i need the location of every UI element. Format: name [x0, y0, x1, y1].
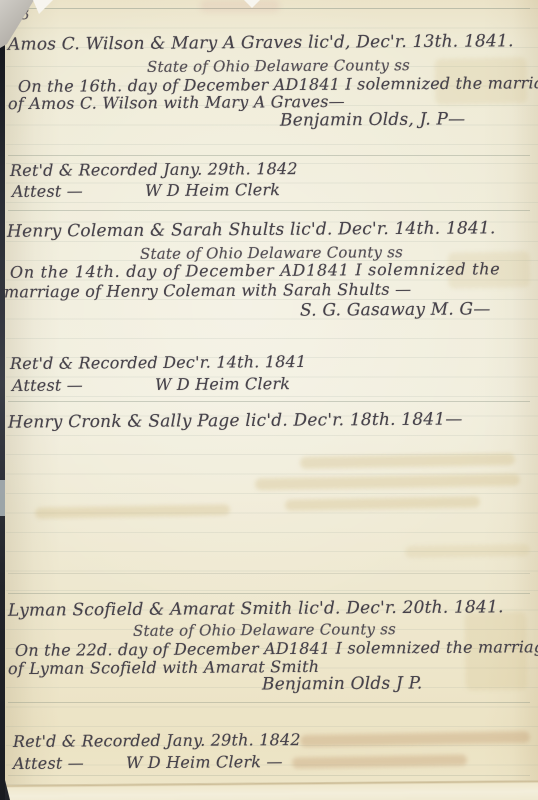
certificate-line: marriage of Henry Coleman with Sarah Shu…: [4, 280, 411, 302]
certificate-line: On the 14th. day of December AD1841 I so…: [10, 259, 501, 281]
bleed-through-mark: [292, 754, 467, 768]
clerk-signature: W D Heim Clerk: [155, 374, 290, 394]
bleed-through-mark: [300, 731, 530, 747]
recorded-line: Ret'd & Recorded Dec'r. 14th. 1841: [10, 352, 306, 373]
clerk-signature: W D Heim Clerk —: [126, 752, 283, 772]
ruled-line: [8, 702, 530, 703]
officiant-signature: Benjamin Olds, J. P—: [280, 109, 465, 130]
clerk-signature: W D Heim Clerk: [145, 180, 280, 200]
license-line: Lyman Scofield & Amarat Smith lic'd. Dec…: [8, 597, 504, 620]
recorded-line: Ret'd & Recorded Jany. 29th. 1842: [13, 730, 301, 751]
bleed-through-mark: [285, 496, 480, 510]
attest-line: Attest —W D Heim Clerk: [12, 180, 280, 201]
license-line: Henry Cronk & Sally Page lic'd. Dec'r. 1…: [8, 409, 463, 432]
bleed-through-mark: [300, 453, 515, 469]
ruled-line: [8, 155, 530, 156]
jurisdiction-line: State of Ohio Delaware County ss: [147, 56, 410, 76]
ruled-line: [8, 210, 530, 211]
paper-stain: [200, 0, 280, 12]
attest-line: Attest —W D Heim Clerk: [12, 374, 290, 395]
binding-edge: [0, 0, 5, 800]
bleed-through-mark: [35, 504, 230, 518]
ruled-line: [8, 593, 530, 594]
attest-label: Attest —: [12, 181, 83, 200]
license-line: Henry Coleman & Sarah Shults lic'd. Dec'…: [7, 218, 496, 241]
ruled-line: [8, 573, 530, 574]
jurisdiction-line: State of Ohio Delaware County ss: [133, 620, 396, 640]
attest-label: Attest —: [13, 753, 84, 772]
bleed-through-mark: [255, 474, 520, 491]
ruled-line: [8, 401, 530, 402]
attest-label: Attest —: [12, 375, 83, 394]
paper-bottom-edge: [0, 780, 538, 800]
bleed-through-mark: [405, 544, 530, 558]
binding-edge-highlight: [0, 480, 5, 516]
ruled-line: [8, 775, 530, 776]
officiant-signature: Benjamin Olds J P.: [262, 673, 423, 694]
recorded-line: Ret'd & Recorded Jany. 29th. 1842: [10, 159, 298, 180]
license-line: Amos C. Wilson & Mary A Graves lic'd, De…: [8, 31, 514, 55]
attest-line: Attest —W D Heim Clerk —: [13, 752, 283, 773]
ledger-page: 8 Amos C. Wilson & Mary A Graves lic'd, …: [0, 0, 538, 800]
officiant-signature: S. G. Gasaway M. G—: [300, 299, 491, 320]
